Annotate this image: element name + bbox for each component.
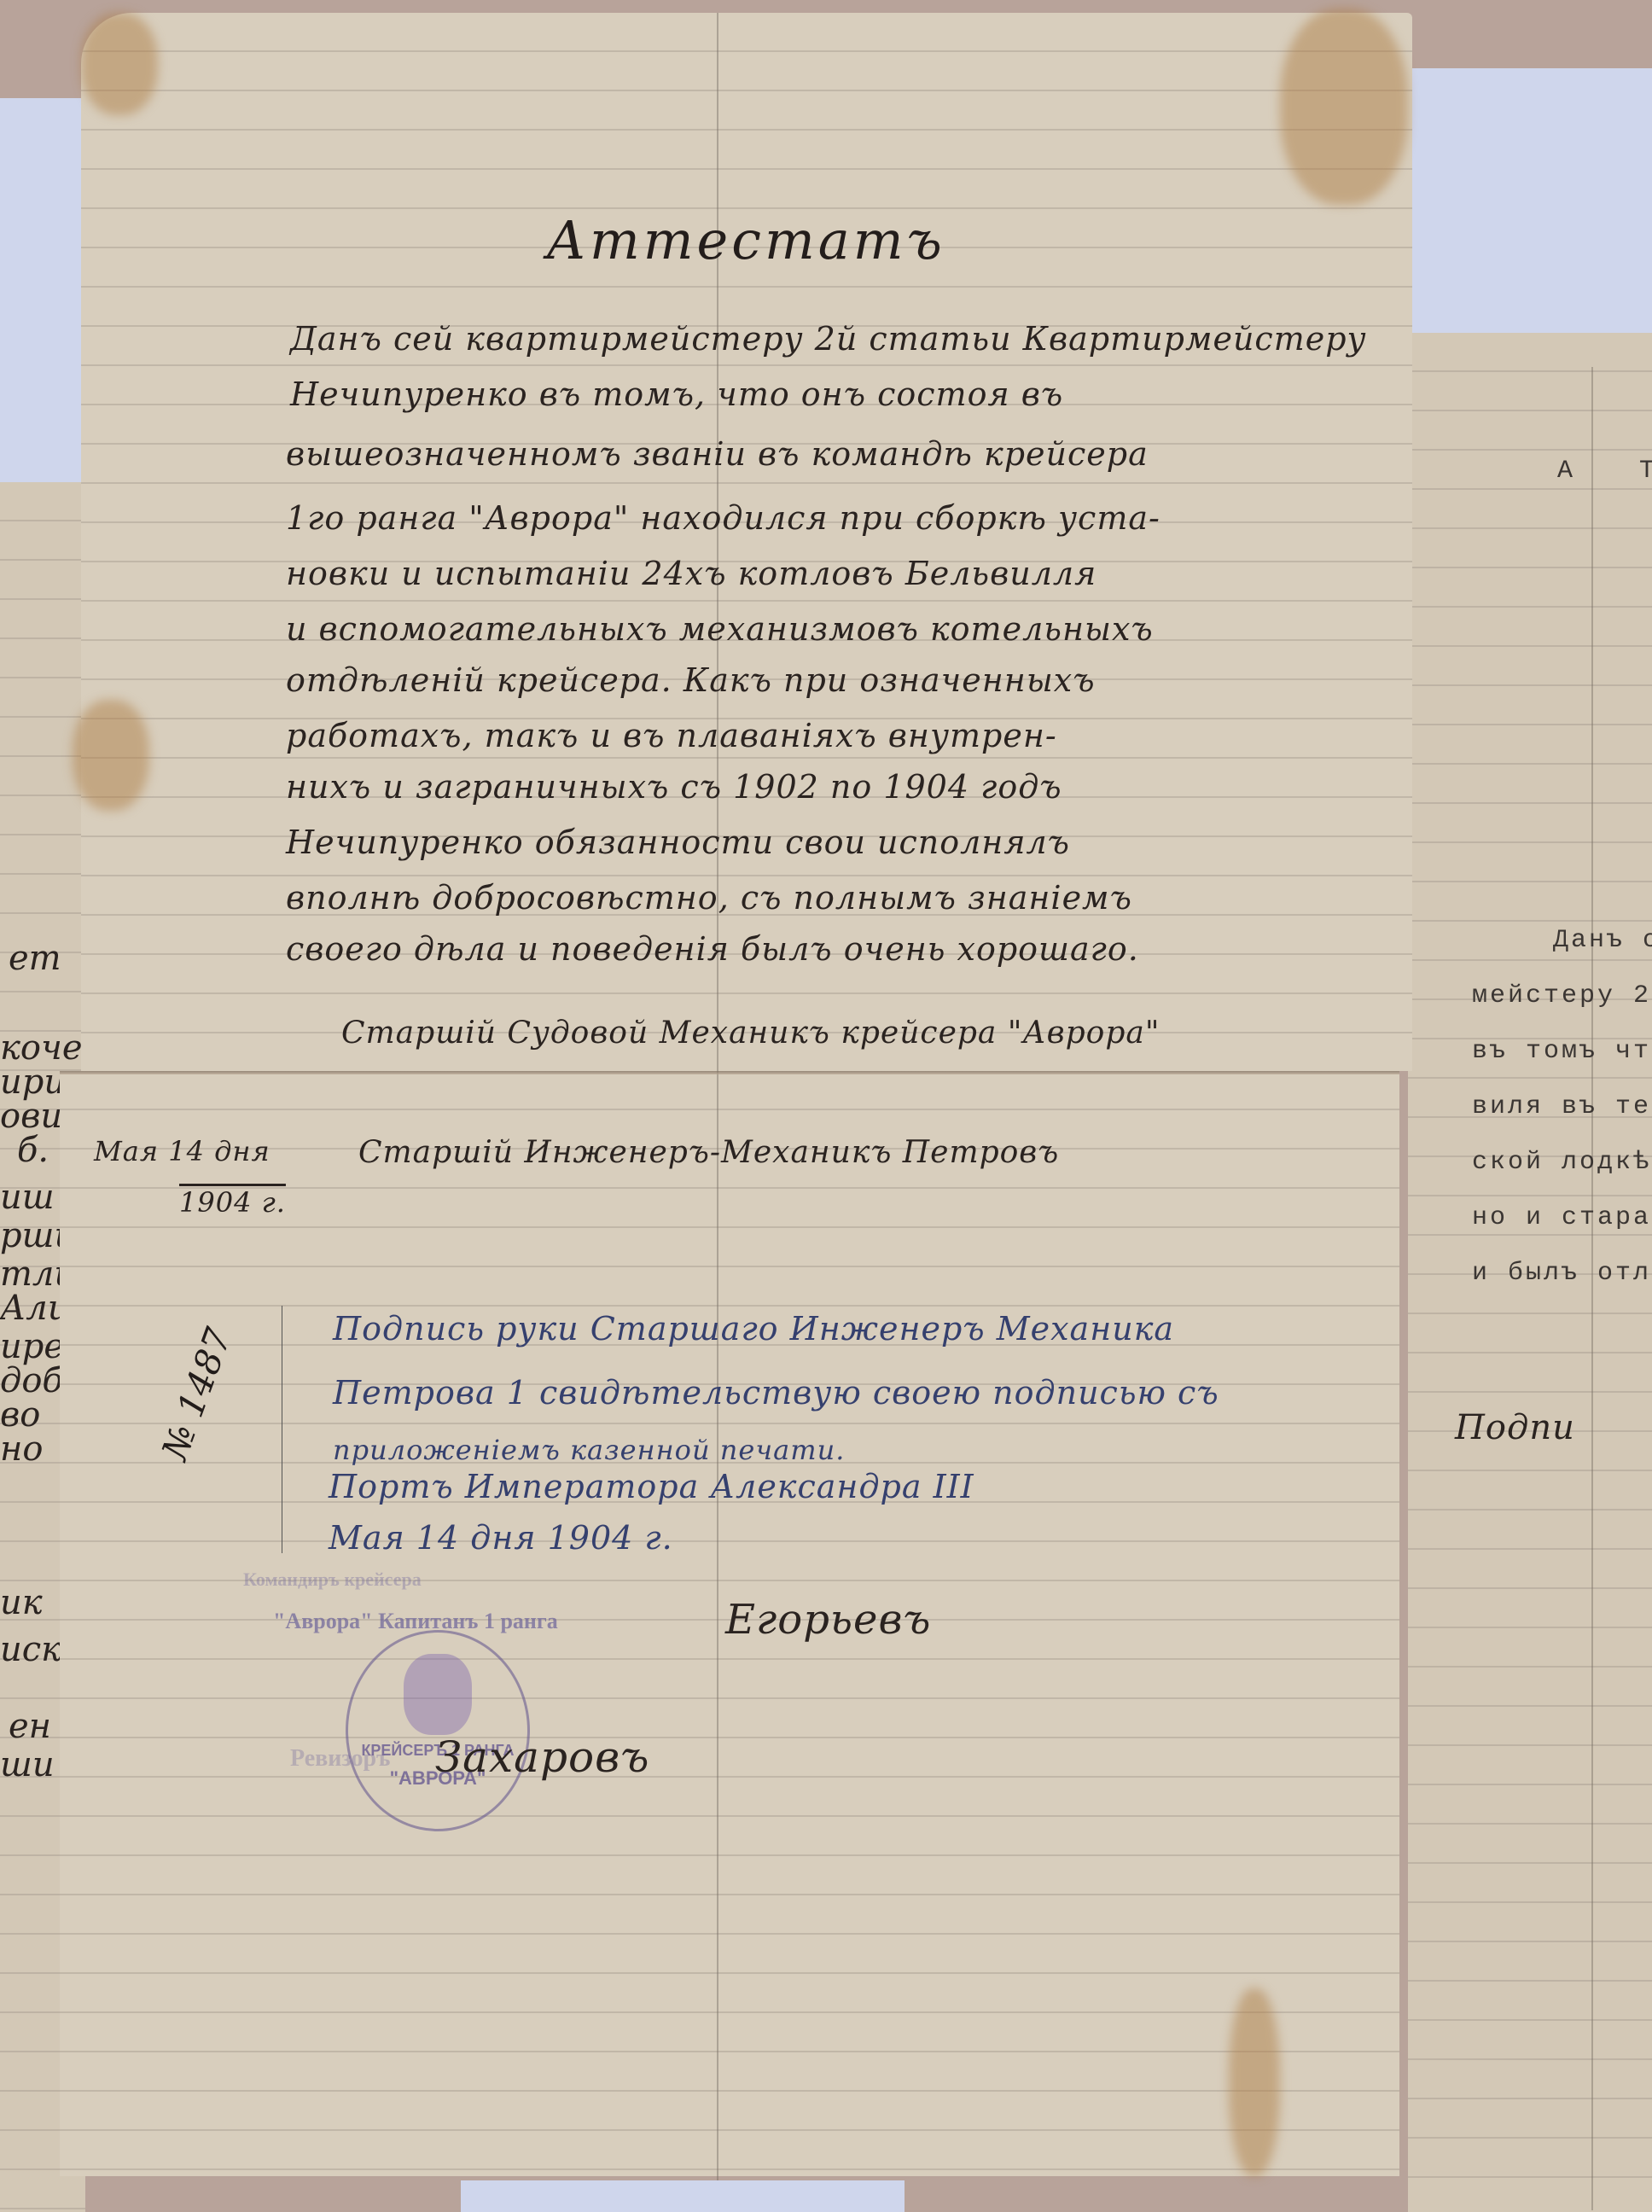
certification-line: Петрова 1 свидѣтельствую своею подписью … (333, 1374, 1219, 1412)
stain-bottom-right (1229, 1988, 1280, 2176)
issue-date-year: 1904 г. (179, 1186, 286, 1219)
stain-top-left (81, 13, 158, 115)
body-line: своего дѣла и поведенія былъ очень хорош… (286, 930, 1139, 968)
horizontal-fold (60, 1071, 1399, 1074)
body-line: вышеозначенномъ званіи въ командѣ крейсе… (286, 435, 1149, 473)
margin-line (282, 1306, 282, 1553)
revisor-signature: Захаровъ (435, 1732, 650, 1782)
body-line: Нечипуренко въ томъ, что онъ состоя въ (290, 375, 1063, 413)
official-seal: КРЕЙСЕРЪ 1 РАНГА "АВРОРА" (346, 1630, 530, 1831)
document-title: Аттестатъ (546, 209, 945, 271)
right-document-title: А Т (1557, 457, 1652, 486)
body-line: работахъ, такъ и въ плаваніяхъ внутрен- (286, 717, 1057, 754)
certification-line: приложеніемъ казенной печати. (333, 1434, 845, 1466)
body-line: отдѣленій крейсера. Какъ при означенныхъ (286, 661, 1096, 699)
body-line: новки и испытаніи 24хъ котловъ Бельвилля (286, 555, 1096, 592)
printed-stamp-commander: Командиръ крейсера (243, 1569, 422, 1591)
right-document-signature: Подпи (1455, 1408, 1575, 1447)
body-line: вполнѣ добросовѣстно, съ полнымъ знаніем… (286, 879, 1132, 917)
background-blue-card-right (1408, 68, 1652, 333)
right-document-fold (1591, 367, 1593, 2210)
body-line: нихъ и заграничныхъ съ 1902 по 1904 годъ (286, 768, 1062, 806)
body-line: и вспомогательныхъ механизмовъ котельных… (286, 610, 1154, 648)
stain-left-edge (73, 700, 149, 811)
background-blue-bottom-gap (461, 2180, 905, 2212)
background-blue-card-left (0, 98, 81, 482)
certification-line: Портъ Императора Александра III (329, 1468, 974, 1505)
right-underlying-document: А Т Данъ с мейстеру 2- въ томъ что виля … (1408, 333, 1652, 2212)
certification-line: Мая 14 дня 1904 г. (329, 1519, 673, 1557)
body-line: Нечипуренко обязанности свои исполнялъ (286, 824, 1070, 861)
body-line: Данъ сей квартирмейстеру 2й статьи Кварт… (290, 320, 1367, 358)
body-line: 1го ранга "Аврора" находился при сборкѣ … (286, 499, 1160, 537)
captain-signature: Егорьевъ (725, 1596, 931, 1644)
senior-engineer-title-line: Старшій Судовой Механикъ крейсера "Аврор… (341, 1016, 1160, 1051)
issue-date-day: Мая 14 дня (94, 1135, 270, 1167)
certification-line: Подпись руки Старшаго Инженеръ Механика (333, 1310, 1174, 1348)
senior-engineer-signature: Старшій Инженеръ-Механикъ Петровъ (358, 1135, 1059, 1170)
stain-top-right (1280, 9, 1408, 205)
printed-stamp-captain: "Аврора" Капитанъ 1 ранга (273, 1609, 558, 1634)
double-headed-eagle-icon (404, 1654, 472, 1735)
